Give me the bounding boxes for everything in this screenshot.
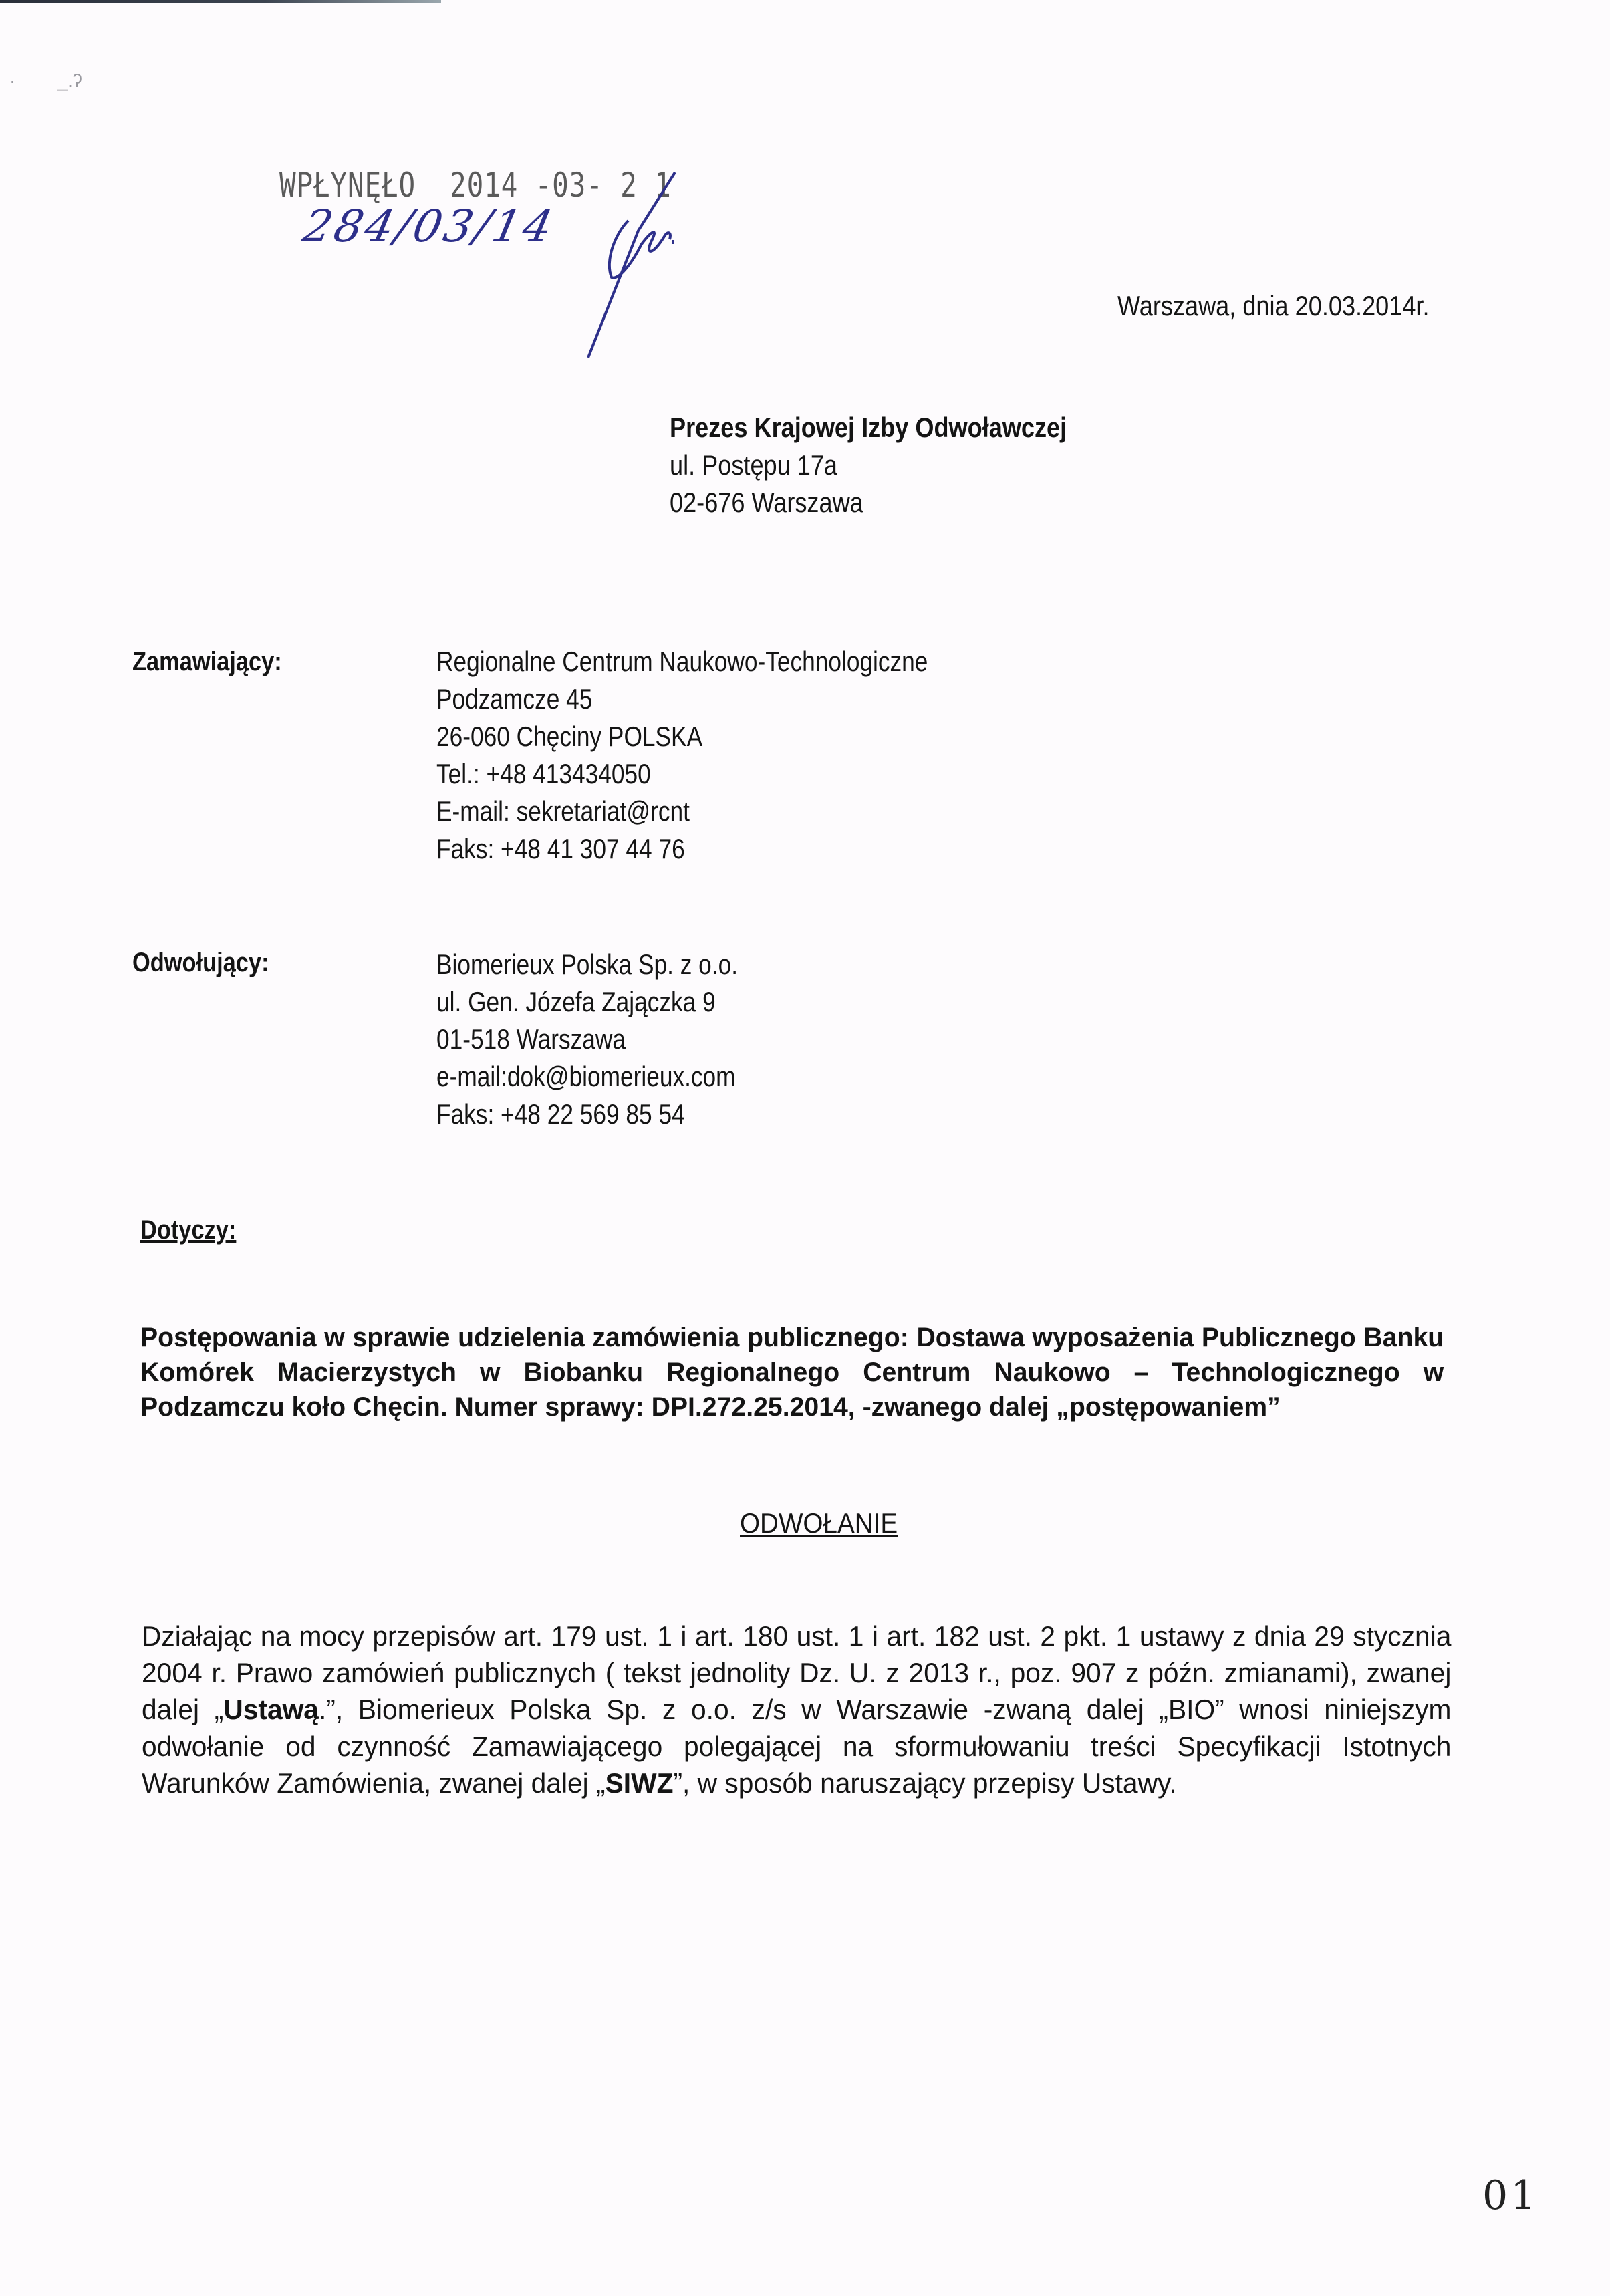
body-bold-term: SIWZ — [606, 1767, 674, 1799]
party-line: e-mail:dok@biomerieux.com — [436, 1058, 738, 1096]
contracting-authority-label: Zamawiający: — [132, 647, 282, 677]
recipient-city: 02-676 Warszawa — [670, 484, 1067, 521]
subject-text: Postępowania w sprawie udzielenia zamówi… — [140, 1320, 1444, 1424]
party-line: 01-518 Warszawa — [436, 1021, 738, 1058]
party-line: Faks: +48 22 569 85 54 — [436, 1096, 738, 1133]
stamp-label: WPŁYNĘŁO — [279, 166, 416, 205]
place-and-date: Warszawa, dnia 20.03.2014r. — [1117, 290, 1429, 322]
body-paragraph: Działając na mocy przepisów art. 179 ust… — [142, 1618, 1451, 1801]
body-text: ”, w sposób naruszający przepisy Ustawy. — [673, 1767, 1176, 1799]
body-bold-term: Ustawą — [223, 1694, 319, 1725]
signature-icon — [0, 0, 1610, 468]
appellant-details: Biomerieux Polska Sp. z o.o. ul. Gen. Jó… — [436, 946, 738, 1133]
party-line: Faks: +48 41 307 44 76 — [436, 830, 928, 868]
appellant-label: Odwołujący: — [132, 948, 269, 978]
recipient-street: ul. Postępu 17a — [670, 447, 1067, 484]
party-line: E-mail: sekretariat@rcnt — [436, 793, 928, 830]
scan-edge — [0, 0, 441, 3]
subject-label: Dotyczy: — [140, 1215, 236, 1245]
scan-artifact: · _.ʔ — [9, 70, 82, 92]
party-line: Podzamcze 45 — [436, 680, 928, 718]
party-line: Regionalne Centrum Naukowo-Technologiczn… — [436, 643, 928, 680]
recipient-title: Prezes Krajowej Izby Odwoławczej — [670, 409, 1067, 447]
handwritten-reference: 284/03/14 — [299, 201, 560, 252]
received-stamp: WPŁYNĘŁO 2014 -03- 2 1 — [279, 166, 672, 205]
contracting-authority-details: Regionalne Centrum Naukowo-Technologiczn… — [436, 643, 928, 868]
document-heading: ODWOŁANIE — [740, 1507, 898, 1539]
party-line: Tel.: +48 413434050 — [436, 755, 928, 793]
party-line: 26-060 Chęciny POLSKA — [436, 718, 928, 755]
party-line: Biomerieux Polska Sp. z o.o. — [436, 946, 738, 983]
recipient-address: Prezes Krajowej Izby Odwoławczej ul. Pos… — [670, 409, 1067, 521]
stamp-date: 2014 -03- 2 1 — [450, 166, 672, 205]
party-line: ul. Gen. Józefa Zajączka 9 — [436, 983, 738, 1021]
page-number: 01 — [1482, 2172, 1538, 2219]
